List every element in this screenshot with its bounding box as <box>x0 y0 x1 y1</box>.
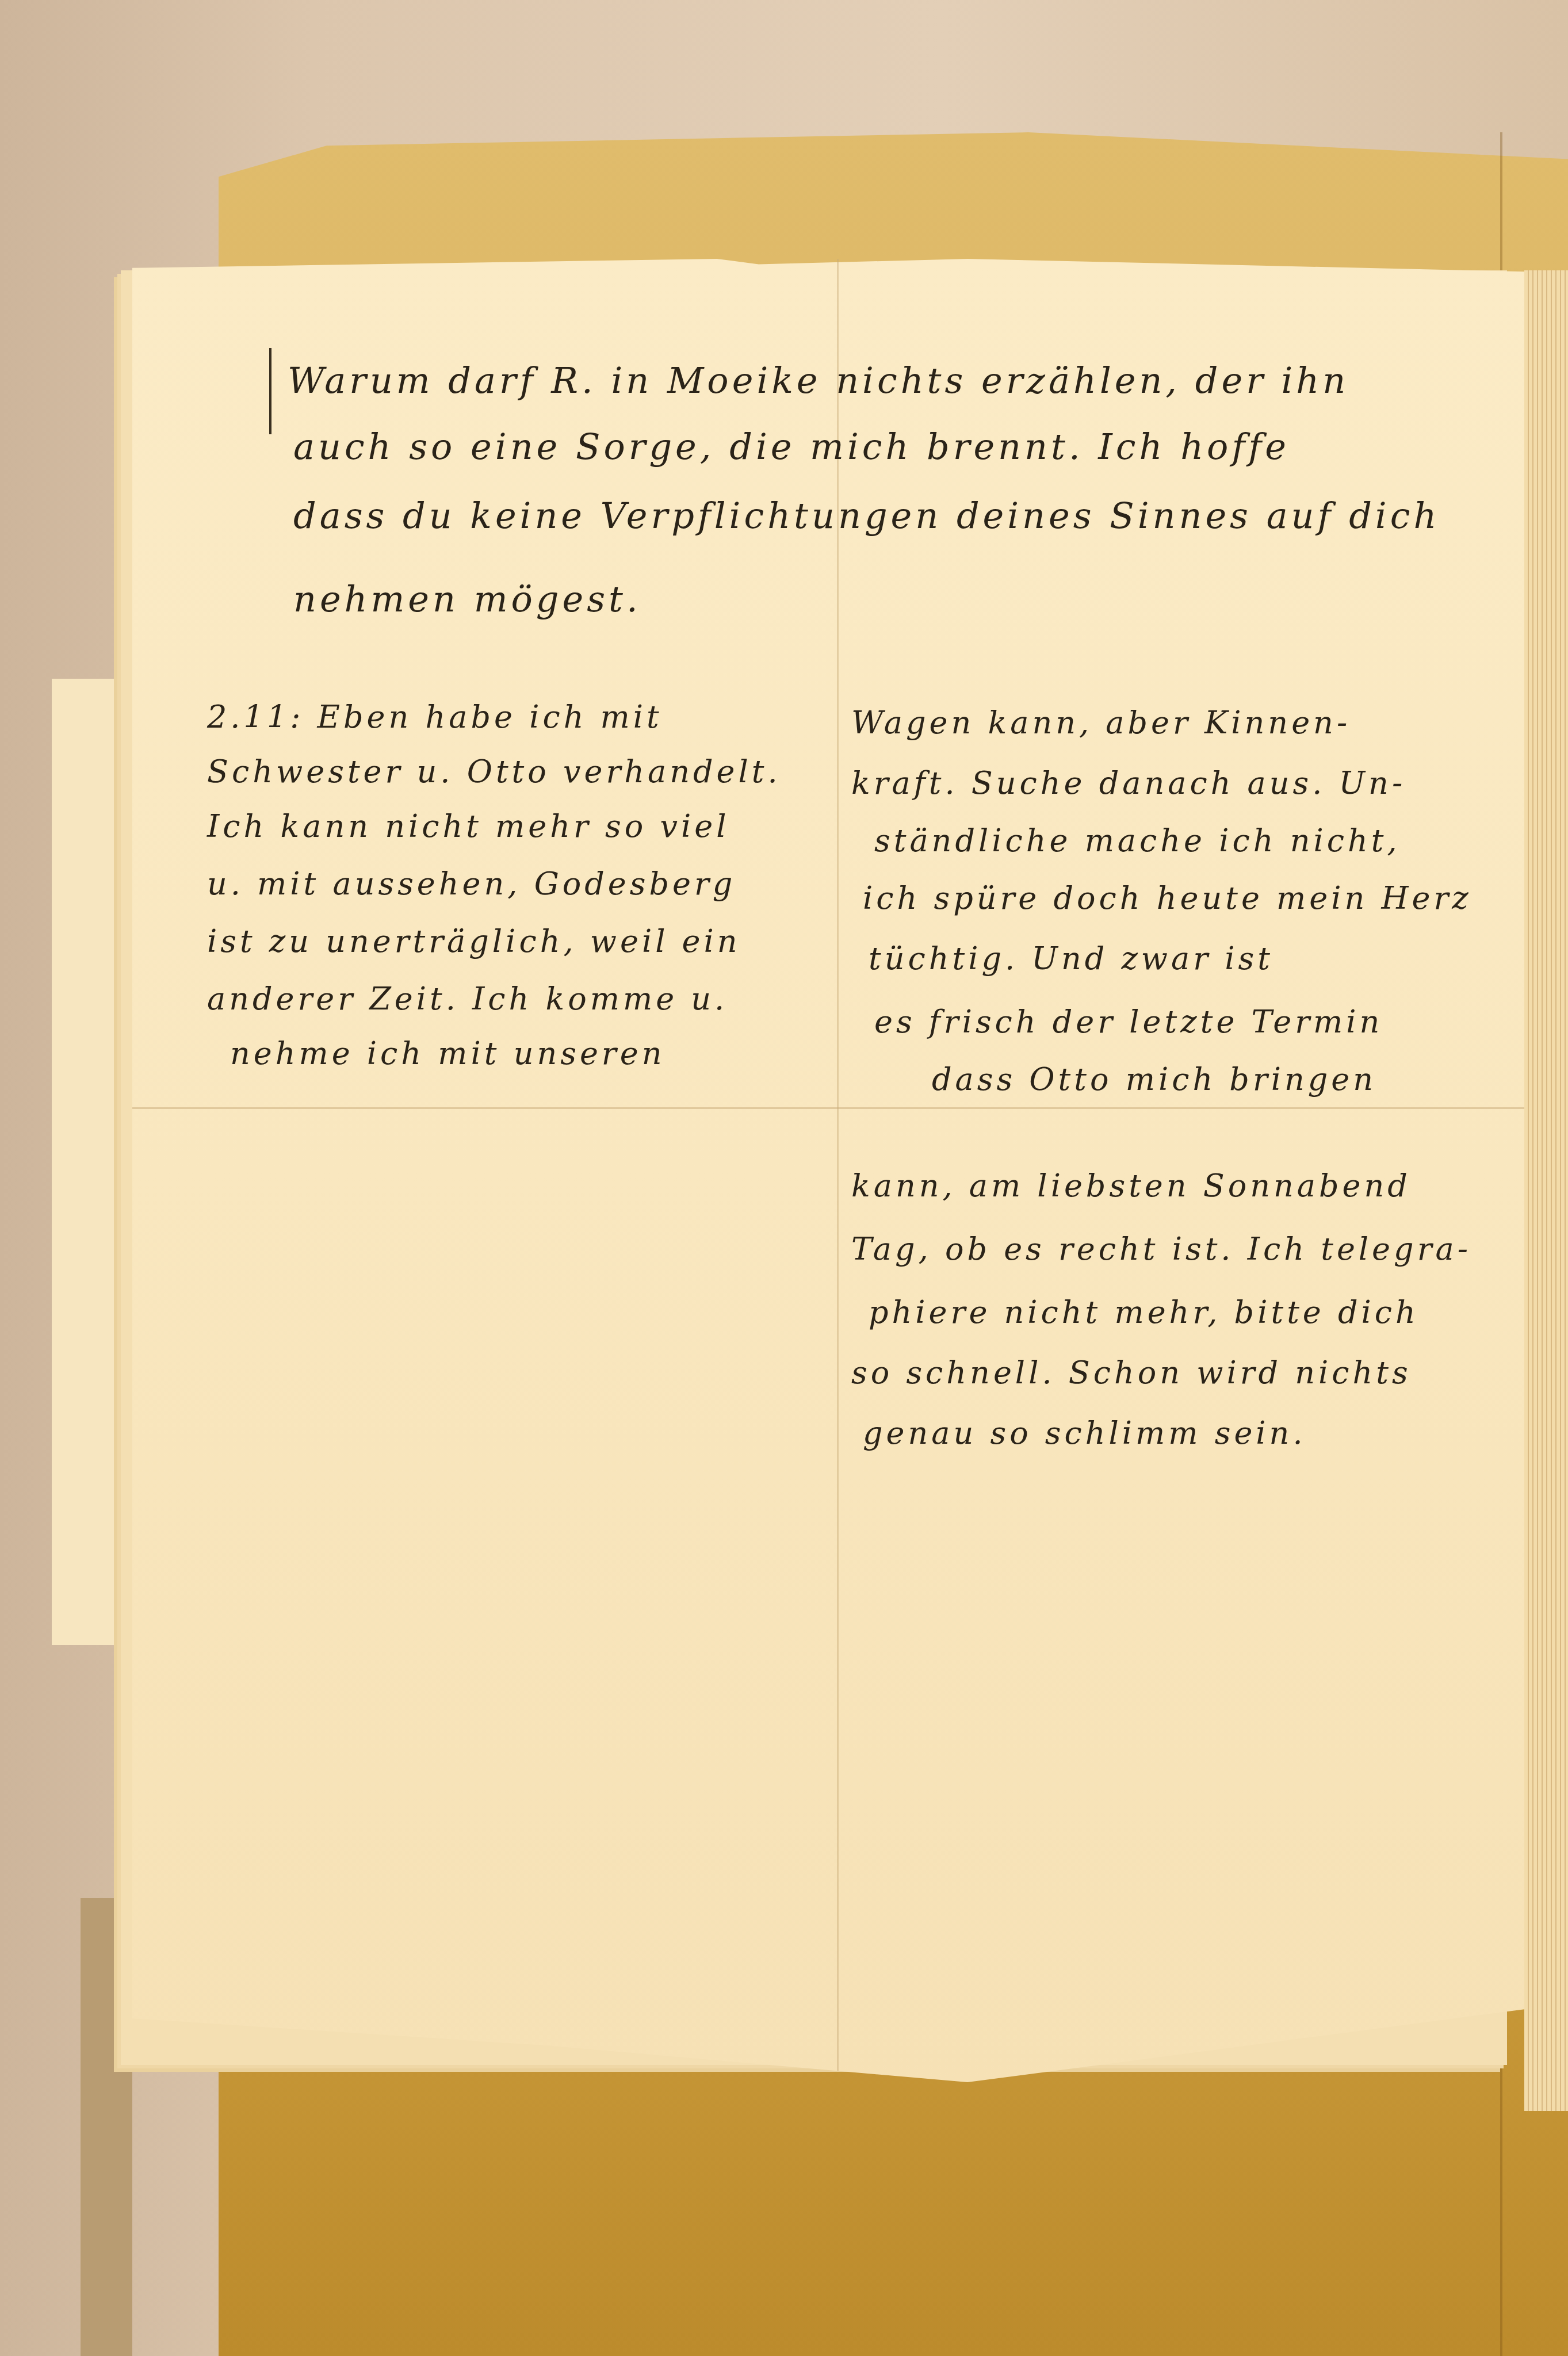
handwritten-line: phiere nicht mehr, bitte dich <box>869 1294 1419 1330</box>
handwritten-line: Wagen kann, aber Kinnen- <box>851 705 1351 741</box>
handwritten-line: Warum darf R. in Moeike nichts erzählen,… <box>288 359 1349 401</box>
handwritten-line: es frisch der letzte Termin <box>874 1004 1383 1040</box>
handwritten-line: auch so eine Sorge, die mich brennt. Ich… <box>293 426 1290 468</box>
handwritten-line: 2.11: Eben habe ich mit <box>207 699 663 735</box>
handwritten-line: anderer Zeit. Ich komme u. <box>207 981 728 1017</box>
handwritten-line: nehme ich mit unseren <box>230 1035 665 1072</box>
handwritten-line: dass du keine Verpflichtungen deines Sin… <box>293 495 1440 537</box>
handwritten-line: genau so schlimm sein. <box>863 1415 1306 1451</box>
adjacent-paper-stack <box>1524 270 1568 2111</box>
handwritten-line: kraft. Suche danach aus. Un- <box>851 765 1406 801</box>
handwritten-line: kann, am liebsten Sonnabend <box>851 1168 1411 1204</box>
margin-mark <box>269 348 271 434</box>
handwritten-line: ich spüre doch heute mein Herz <box>863 880 1472 916</box>
handwritten-line: tüchtig. Und zwar ist <box>869 940 1273 977</box>
handwritten-line: Tag, ob es recht ist. Ich telegra- <box>851 1231 1471 1267</box>
handwritten-line: nehmen mögest. <box>293 578 641 620</box>
handwritten-line: u. mit aussehen, Godesberg <box>207 866 736 902</box>
handwritten-line: ständliche mache ich nicht, <box>874 823 1401 859</box>
handwritten-line: ist zu unerträglich, weil ein <box>207 923 741 959</box>
handwritten-line: dass Otto mich bringen <box>932 1061 1376 1097</box>
handwritten-line: Ich kann nicht mehr so viel <box>207 808 729 844</box>
handwritten-line: so schnell. Schon wird nichts <box>851 1355 1412 1391</box>
horizontal-fold-crease <box>132 1107 1524 1109</box>
handwritten-line: Schwester u. Otto verhandelt. <box>207 754 781 790</box>
